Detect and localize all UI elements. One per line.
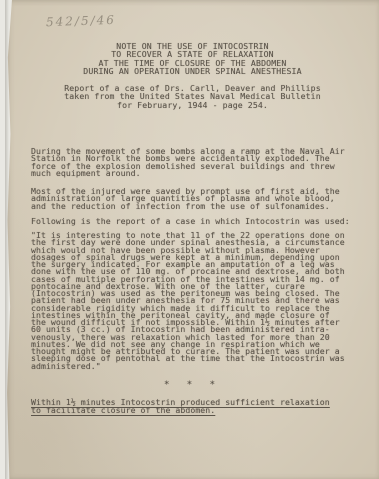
underlined-summary-statement: Within 1½ minutes Intocostrin produced s… xyxy=(31,399,357,414)
body-paragraph-first-aid: Most of the injured were saved by prompt… xyxy=(31,188,357,210)
document-source-citation: Report of a case of Drs. Carll, Deaver a… xyxy=(6,84,379,109)
body-paragraph-case-report-quote: "It is interesting to note that 11 of th… xyxy=(31,232,357,370)
scanned-document-page: 542/5/46 NOTE ON THE USE OF INTOCOSTRIN … xyxy=(0,0,379,479)
archival-reference-pencil-note: 542/5/46 xyxy=(46,13,116,29)
document-text-layer: 542/5/46 NOTE ON THE USE OF INTOCOSTRIN … xyxy=(0,0,379,479)
body-paragraph-explosion: During the movement of some bombs along … xyxy=(31,148,357,177)
body-paragraph-lead-in: Following is the report of a case in whi… xyxy=(31,218,357,225)
document-title: NOTE ON THE USE OF INTOCOSTRIN TO RECOVE… xyxy=(6,42,379,75)
asterisk-separator: * * * xyxy=(6,380,379,390)
